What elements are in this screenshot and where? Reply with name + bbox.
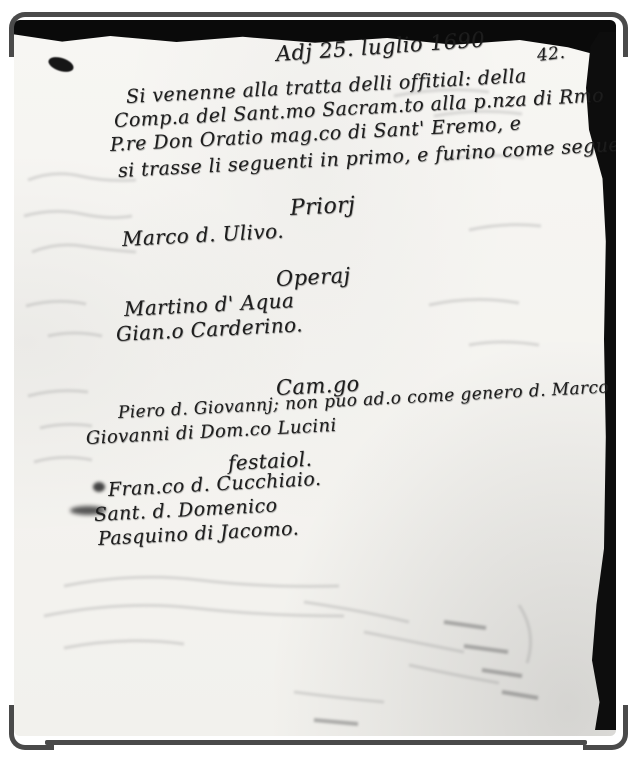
ink-smudge (47, 54, 76, 74)
frame-corner-top-right (583, 12, 628, 57)
section-heading-priori: Priorj (289, 193, 356, 221)
frame-corner-top-left (9, 12, 54, 57)
frame-bottom-border (45, 740, 587, 745)
document-scan: Adj 25. luglio 1690 42. Si venenne alla … (0, 0, 639, 760)
name-entry: Marco d. Ulivo. (121, 219, 284, 251)
manuscript-page: Adj 25. luglio 1690 42. Si venenne alla … (14, 20, 616, 736)
bleedthrough-dark-marks (314, 622, 538, 724)
ink-smudge (93, 482, 105, 492)
frame-corner-bottom-right (583, 705, 628, 750)
frame-top-border (45, 12, 587, 17)
section-heading-operai: Operaj (275, 263, 351, 291)
name-entry: Fran.co d. Cucchiaio. (107, 468, 321, 501)
name-entry-with-note: Piero d. Giovannj; non puo ad.o come gen… (117, 377, 609, 423)
frame-corner-bottom-left (9, 705, 54, 750)
folio-number: 42. (536, 43, 566, 66)
